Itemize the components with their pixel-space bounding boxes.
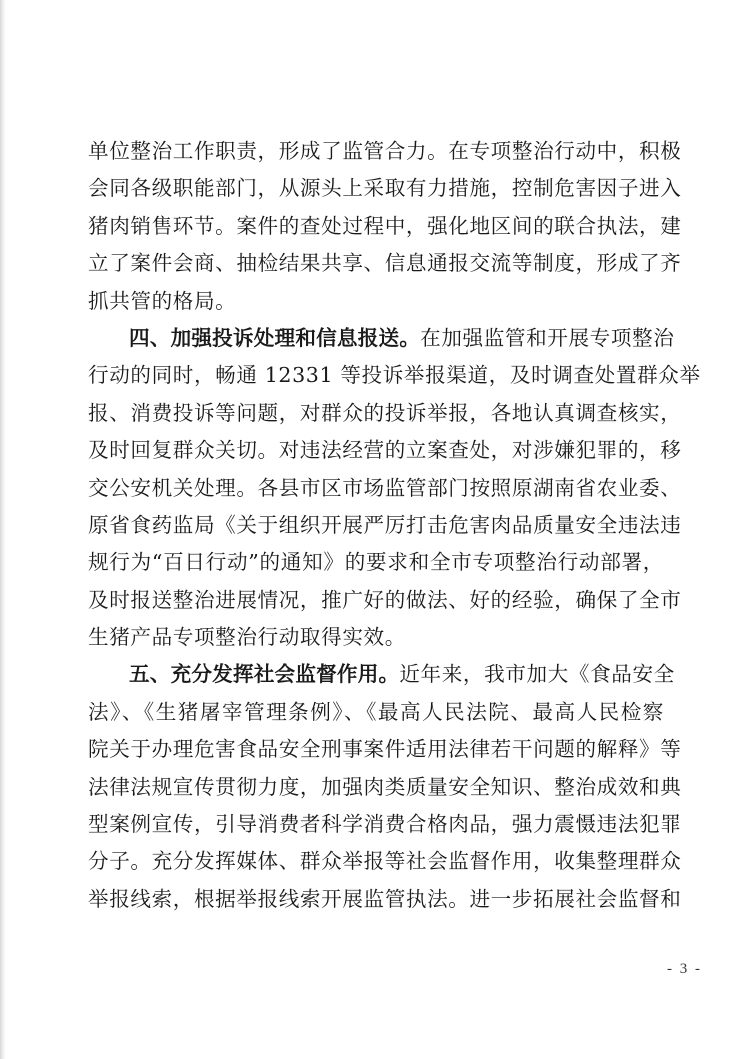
paragraph-complaint-handling: 四、加强投诉处理和信息报送。在加强监管和开展专项整治 行动的同时，畅通 1233… [88, 320, 664, 657]
page-number: - 3 - [667, 961, 702, 978]
text-line: 规行为“百日行动”的通知》的要求和全市专项整治行动部署， [88, 544, 664, 581]
text-line: 法律法规宣传贯彻力度，加强肉类质量安全知识、整治成效和典 [88, 769, 664, 806]
paragraph-joint-enforcement: 单位整治工作职责，形成了监管合力。在专项整治行动中，积极 会同各级职能部门，从源… [88, 133, 664, 320]
text-line: 举报线索，根据举报线索开展监管执法。进一步拓展社会监督和 [88, 881, 664, 918]
text-line: 单位整治工作职责，形成了监管合力。在专项整治行动中，积极 [88, 133, 664, 170]
section-heading-5: 五、充分发挥社会监督作用。 [129, 662, 399, 686]
text-line-first: 四、加强投诉处理和信息报送。在加强监管和开展专项整治 [88, 320, 664, 357]
text-line: 交公安机关处理。各县市区市场监管部门按照原湖南省农业委、 [88, 470, 664, 507]
text-line: 分子。充分发挥媒体、群众举报等社会监督作用，收集整理群众 [88, 843, 664, 880]
text-line: 院关于办理危害食品安全刑事案件适用法律若干问题的解释》等 [88, 731, 664, 768]
text-line: 抓共管的格局。 [88, 283, 664, 320]
section-heading-4: 四、加强投诉处理和信息报送。 [129, 326, 420, 350]
document-body: 单位整治工作职责，形成了监管合力。在专项整治行动中，积极 会同各级职能部门，从源… [88, 133, 664, 918]
text-line: 法》、《生猪屠宰管理条例》、《最高人民法院、最高人民检察 [88, 694, 664, 731]
text-segment: 在加强监管和开展专项整治 [420, 326, 674, 350]
scan-edge-shadow [0, 0, 6, 1059]
text-line: 及时回复群众关切。对违法经营的立案查处，对涉嫌犯罪的，移 [88, 432, 664, 469]
text-line: 及时报送整治进展情况，推广好的做法、好的经验，确保了全市 [88, 582, 664, 619]
text-line: 生猪产品专项整治行动取得实效。 [88, 619, 664, 656]
text-segment: 近年来，我市加大《食品安全 [399, 662, 675, 686]
text-line: 报、消费投诉等问题，对群众的投诉举报，各地认真调查核实， [88, 395, 664, 432]
text-line: 原省食药监局《关于组织开展严厉打击危害肉品质量安全违法违 [88, 507, 664, 544]
paragraph-social-supervision: 五、充分发挥社会监督作用。近年来，我市加大《食品安全 法》、《生猪屠宰管理条例》… [88, 656, 664, 918]
text-line: 会同各级职能部门，从源头上采取有力措施，控制危害因子进入 [88, 170, 664, 207]
text-line: 立了案件会商、抽检结果共享、信息通报交流等制度，形成了齐 [88, 245, 664, 282]
text-line: 行动的同时，畅通 12331 等投诉举报渠道，及时调查处置群众举 [88, 357, 664, 394]
text-line-first: 五、充分发挥社会监督作用。近年来，我市加大《食品安全 [88, 656, 664, 693]
text-line: 猪肉销售环节。案件的查处过程中，强化地区间的联合执法，建 [88, 208, 664, 245]
text-line: 型案例宣传，引导消费者科学消费合格肉品，强力震慑违法犯罪 [88, 806, 664, 843]
